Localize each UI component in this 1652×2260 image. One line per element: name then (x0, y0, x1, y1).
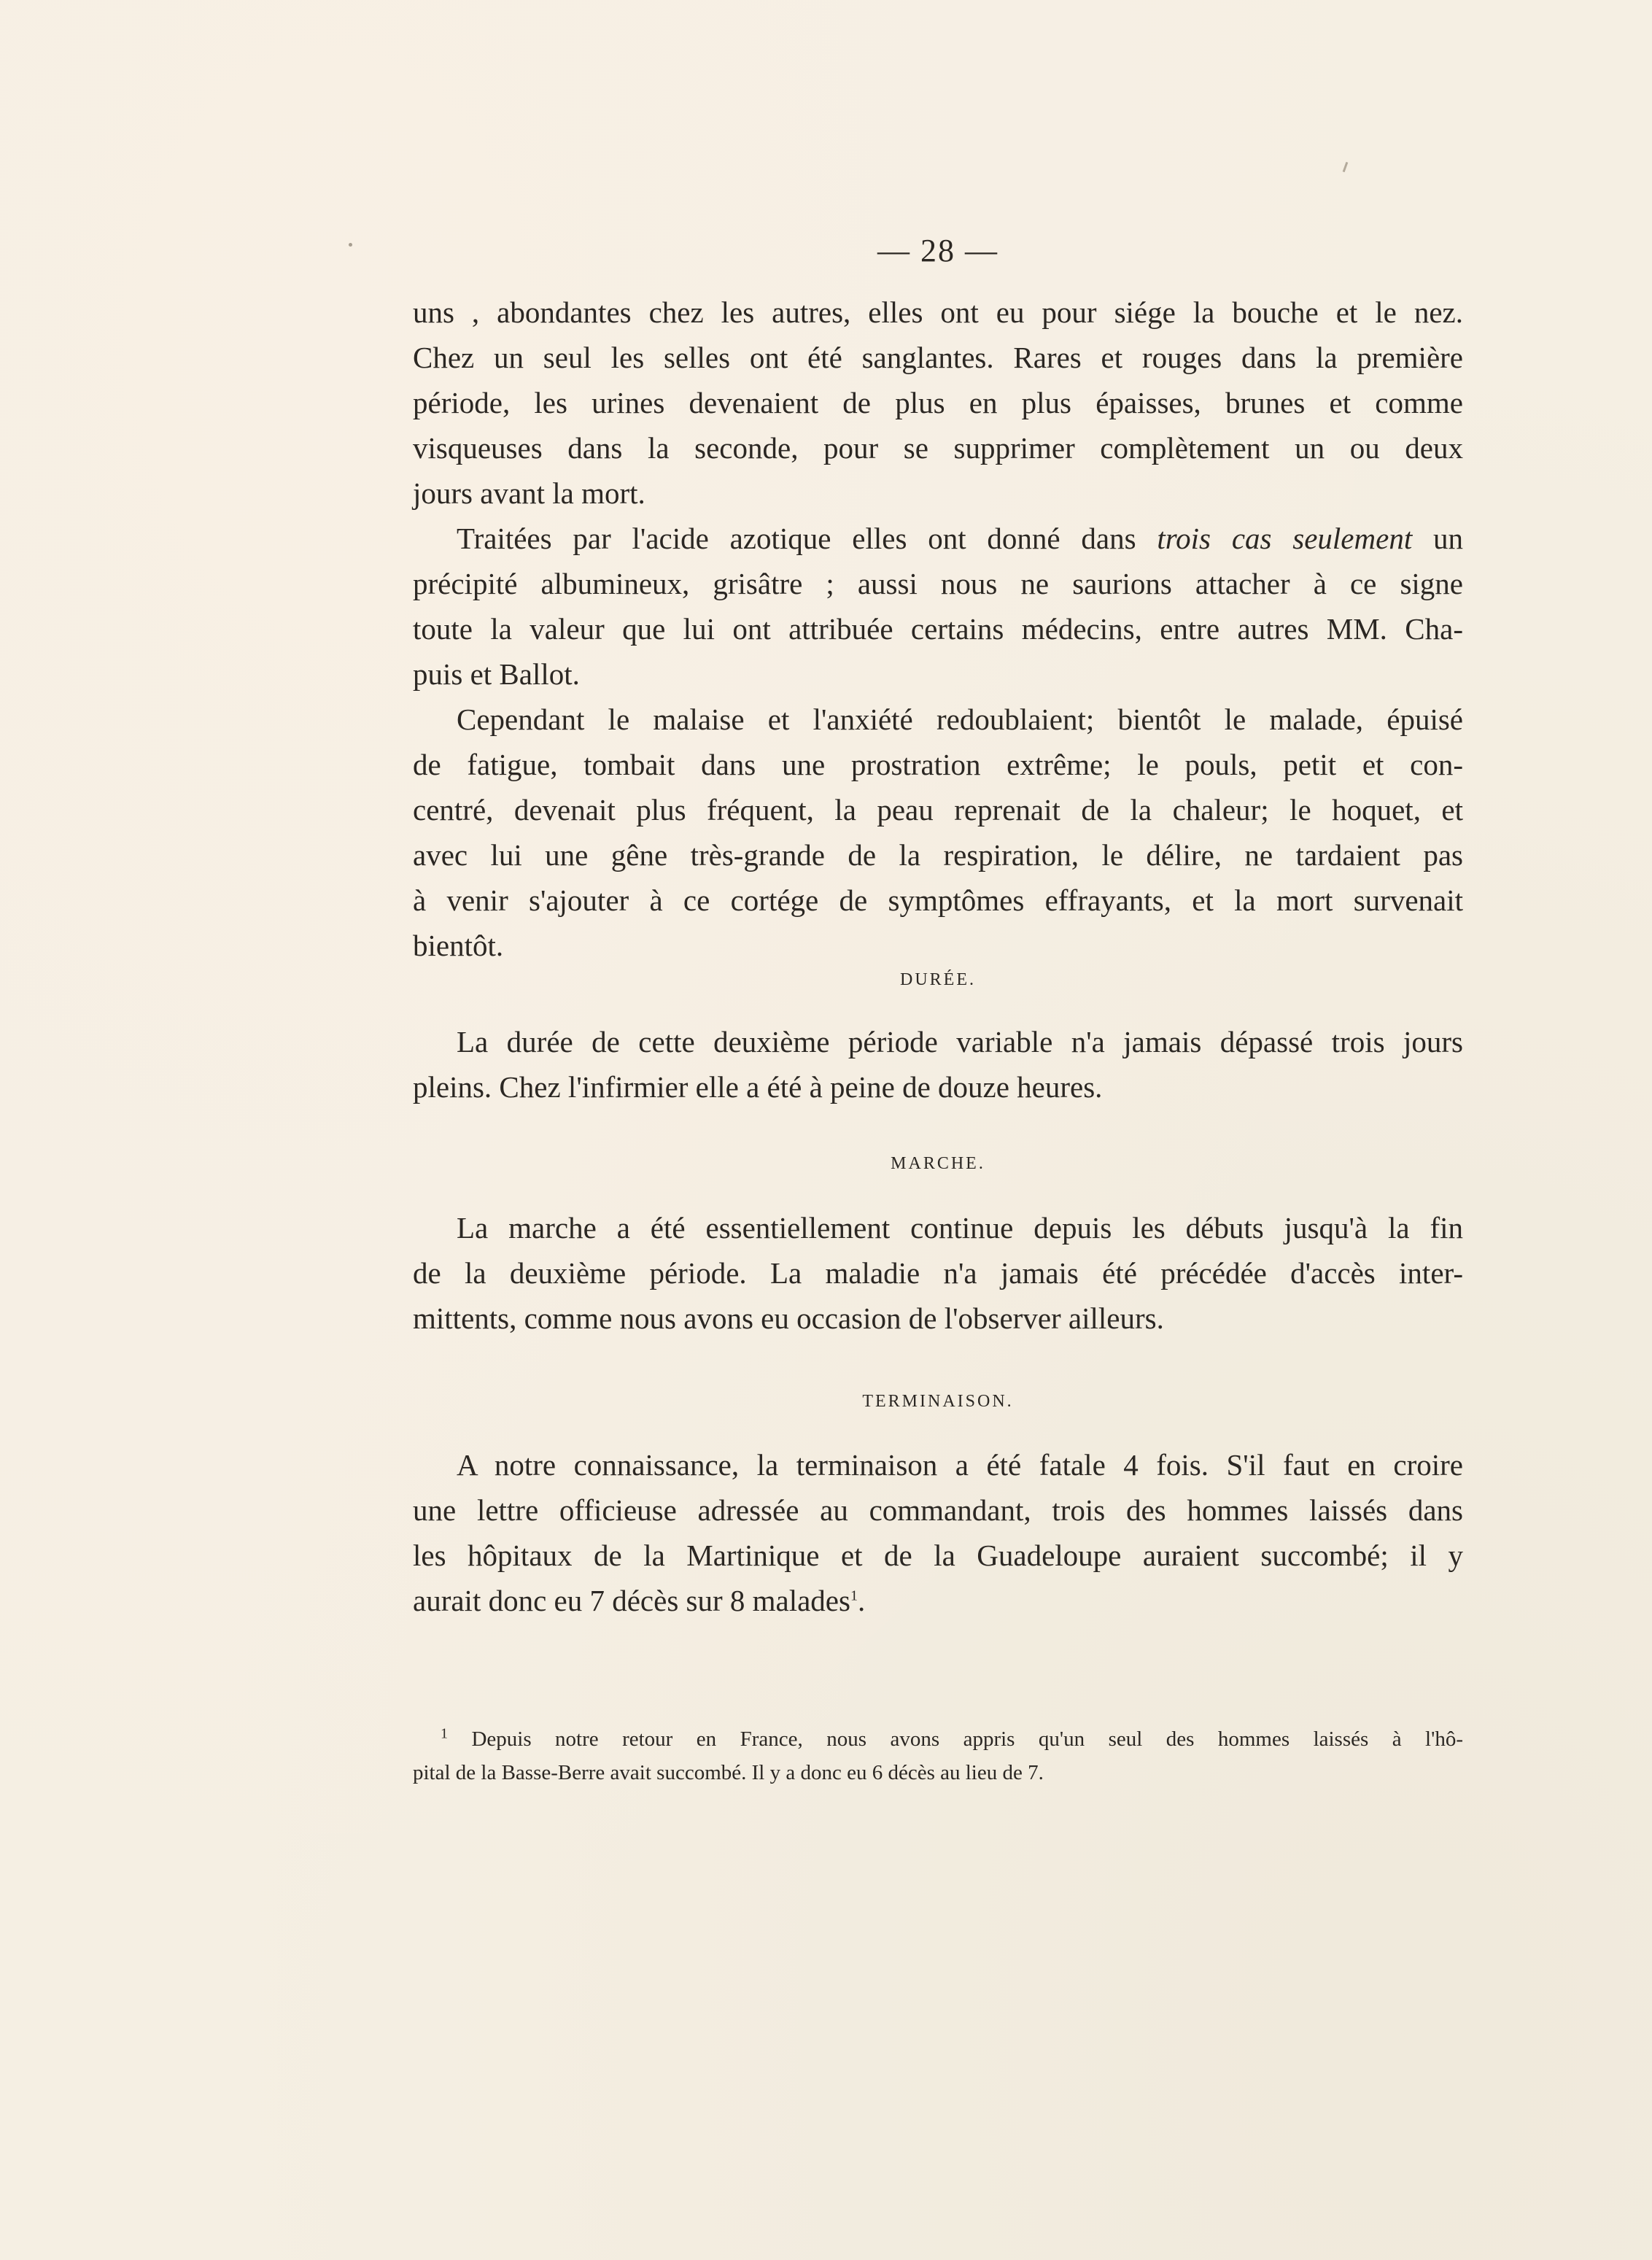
text-line: A notre connaissance, la terminaison a é… (413, 1447, 1463, 1483)
text-line: centré, devenait plus fréquent, la peau … (413, 792, 1463, 828)
text-line: Chez un seul les selles ont été sanglant… (413, 339, 1463, 376)
text-line: de fatigue, tombait dans une prostration… (413, 746, 1463, 783)
footnote-line: 1 Depuis notre retour en France, nous av… (413, 1726, 1463, 1752)
text-line: à venir s'ajouter à ce cortége de symptô… (413, 882, 1463, 918)
text-line: toute la valeur que lui ont attribuée ce… (413, 611, 1463, 647)
italic-emphasis: trois cas seulement (1157, 522, 1412, 555)
stray-ink-mark (1343, 162, 1349, 172)
footnote-reference[interactable]: 1 (850, 1587, 858, 1603)
section-heading-marche: MARCHE. (413, 1154, 1463, 1174)
page-number: — 28 — (413, 232, 1463, 269)
text-line: aurait donc eu 7 décès sur 8 malades1. (413, 1582, 1463, 1619)
text-line: avec lui une gêne très-grande de la resp… (413, 837, 1463, 873)
text-line: Cependant le malaise et l'anxiété redoub… (413, 701, 1463, 738)
text-line: puis et Ballot. (413, 656, 1463, 692)
text-line: Traitées par l'acide azotique elles ont … (413, 520, 1463, 557)
footnote-line: pital de la Basse-Berre avait succombé. … (413, 1760, 1463, 1786)
text-line: La durée de cette deuxième période varia… (413, 1023, 1463, 1060)
text-line: les hôpitaux de la Martinique et de la G… (413, 1537, 1463, 1574)
footnote-marker: 1 (441, 1725, 448, 1741)
text-line: La marche a été essentiellement continue… (413, 1210, 1463, 1246)
section-heading-duree: DURÉE. (413, 970, 1463, 990)
text-line: jours avant la mort. (413, 475, 1463, 511)
stray-ink-dot (349, 243, 352, 247)
text-line: pleins. Chez l'infirmier elle a été à pe… (413, 1069, 1463, 1105)
text-line: période, les urines devenaient de plus e… (413, 384, 1463, 421)
section-heading-terminaison: TERMINAISON. (413, 1392, 1463, 1412)
text-line: visqueuses dans la seconde, pour se supp… (413, 430, 1463, 466)
text-line: de la deuxième période. La maladie n'a j… (413, 1255, 1463, 1291)
text-line: bientôt. (413, 927, 1463, 964)
text-line: mittents, comme nous avons eu occasion d… (413, 1300, 1463, 1336)
text-line: précipité albumineux, grisâtre ; aussi n… (413, 565, 1463, 602)
book-page: — 28 — uns , abondantes chez les autres,… (0, 0, 1652, 2260)
text-line: uns , abondantes chez les autres, elles … (413, 294, 1463, 330)
text-line: une lettre officieuse adressée au comman… (413, 1492, 1463, 1528)
